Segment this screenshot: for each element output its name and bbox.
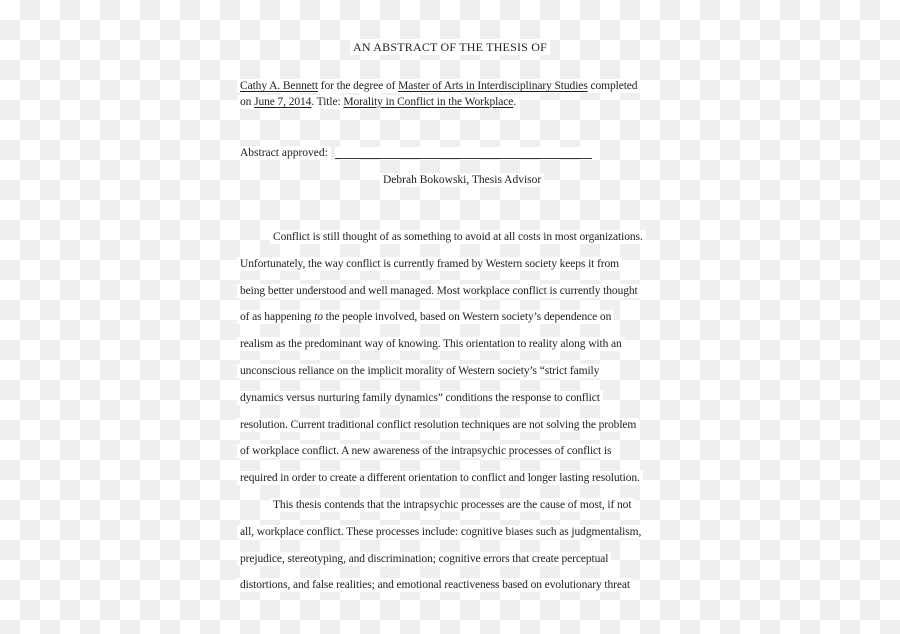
signature-line [335, 147, 592, 159]
text-segment: Morality in Conflict in the Workplace [343, 96, 513, 108]
body-line: Unfortunately, the way conflict is curre… [237, 251, 646, 278]
thesis-abstract-page: AN ABSTRACT OF THE THESIS OF Cathy A. Be… [237, 0, 663, 634]
body-line-text: distortions, and false realities; and em… [237, 578, 633, 592]
text-segment: on [240, 96, 254, 108]
body-line-text: of workplace conflict. A new awareness o… [237, 444, 614, 458]
text-segment: This thesis contends that the intrapsych… [273, 499, 631, 511]
text-segment: being better understood and well managed… [240, 285, 638, 297]
abstract-body: Conflict is still thought of as somethin… [237, 224, 646, 599]
body-line: all, workplace conflict. These processes… [237, 519, 646, 546]
text-segment: distortions, and false realities; and em… [240, 579, 630, 591]
text-segment: the people involved, based on Western so… [323, 311, 611, 323]
text-segment: June 7, 2014 [254, 96, 311, 108]
text-segment: Conflict is still thought of as somethin… [273, 231, 643, 243]
body-line-text: Conflict is still thought of as somethin… [270, 230, 646, 244]
body-line: of workplace conflict. A new awareness o… [237, 438, 646, 465]
body-line: realism as the predominant way of knowin… [237, 331, 646, 358]
text-segment: to [314, 311, 323, 323]
text-segment: Unfortunately, the way conflict is curre… [240, 258, 619, 270]
text-segment: all, workplace conflict. These processes… [240, 526, 641, 538]
text-segment: . Title: [311, 96, 343, 108]
body-line-text: required in order to create a different … [237, 471, 643, 485]
transparent-canvas: { "document": { "title": "AN ABSTRACT OF… [0, 0, 900, 634]
text-segment: for the degree of [318, 80, 398, 92]
body-line-text: Unfortunately, the way conflict is curre… [237, 257, 622, 271]
body-line: Conflict is still thought of as somethin… [237, 224, 646, 251]
body-line-text: being better understood and well managed… [237, 284, 641, 298]
body-line-text: unconscious reliance on the implicit mor… [237, 364, 602, 378]
body-line-text: of as happening to the people involved, … [237, 310, 614, 324]
body-line: being better understood and well managed… [237, 278, 646, 305]
advisor-line: Debrah Bokowski, Thesis Advisor [380, 174, 544, 186]
degree-statement-line-2: on June 7, 2014. Title: Morality in Conf… [237, 95, 640, 111]
body-line: required in order to create a different … [237, 465, 646, 492]
text-segment: Cathy A. Bennett [240, 80, 318, 92]
degree-statement: Cathy A. Bennett for the degree of Maste… [237, 79, 640, 110]
text-segment: . [513, 96, 516, 108]
body-line: This thesis contends that the intrapsych… [237, 492, 646, 519]
text-segment: resolution. Current traditional conflict… [240, 419, 636, 431]
text-segment: realism as the predominant way of knowin… [240, 338, 622, 350]
text-segment: required in order to create a different … [240, 472, 640, 484]
page-title: AN ABSTRACT OF THE THESIS OF [237, 40, 663, 55]
body-line-text: dynamics versus nurturing family dynamic… [237, 391, 603, 405]
body-line: distortions, and false realities; and em… [237, 572, 646, 599]
body-line-text: realism as the predominant way of knowin… [237, 337, 625, 351]
body-line: prejudice, stereotyping, and discriminat… [237, 546, 646, 573]
text-segment: dynamics versus nurturing family dynamic… [240, 392, 600, 404]
text-segment: of workplace conflict. A new awareness o… [240, 445, 611, 457]
advisor-name: Debrah Bokowski, Thesis Advisor [380, 173, 544, 187]
degree-statement-line-1: Cathy A. Bennett for the degree of Maste… [237, 79, 640, 95]
body-line: unconscious reliance on the implicit mor… [237, 358, 646, 385]
body-line: of as happening to the people involved, … [237, 304, 646, 331]
body-line-text: prejudice, stereotyping, and discriminat… [237, 552, 611, 566]
abstract-approved-label: Abstract approved: [237, 146, 331, 160]
text-segment: unconscious reliance on the implicit mor… [240, 365, 599, 377]
page-title-text: AN ABSTRACT OF THE THESIS OF [350, 39, 550, 55]
body-line-text: resolution. Current traditional conflict… [237, 418, 639, 432]
body-line-text: all, workplace conflict. These processes… [237, 525, 644, 539]
text-segment: of as happening [240, 311, 314, 323]
body-line: resolution. Current traditional conflict… [237, 412, 646, 439]
text-segment: prejudice, stereotyping, and discriminat… [240, 553, 608, 565]
body-line-text: This thesis contends that the intrapsych… [270, 498, 634, 512]
text-segment: Master of Arts in Interdisciplinary Stud… [398, 80, 588, 92]
abstract-approved-row: Abstract approved: [237, 147, 592, 159]
body-line: dynamics versus nurturing family dynamic… [237, 385, 646, 412]
text-segment: completed [588, 80, 638, 92]
